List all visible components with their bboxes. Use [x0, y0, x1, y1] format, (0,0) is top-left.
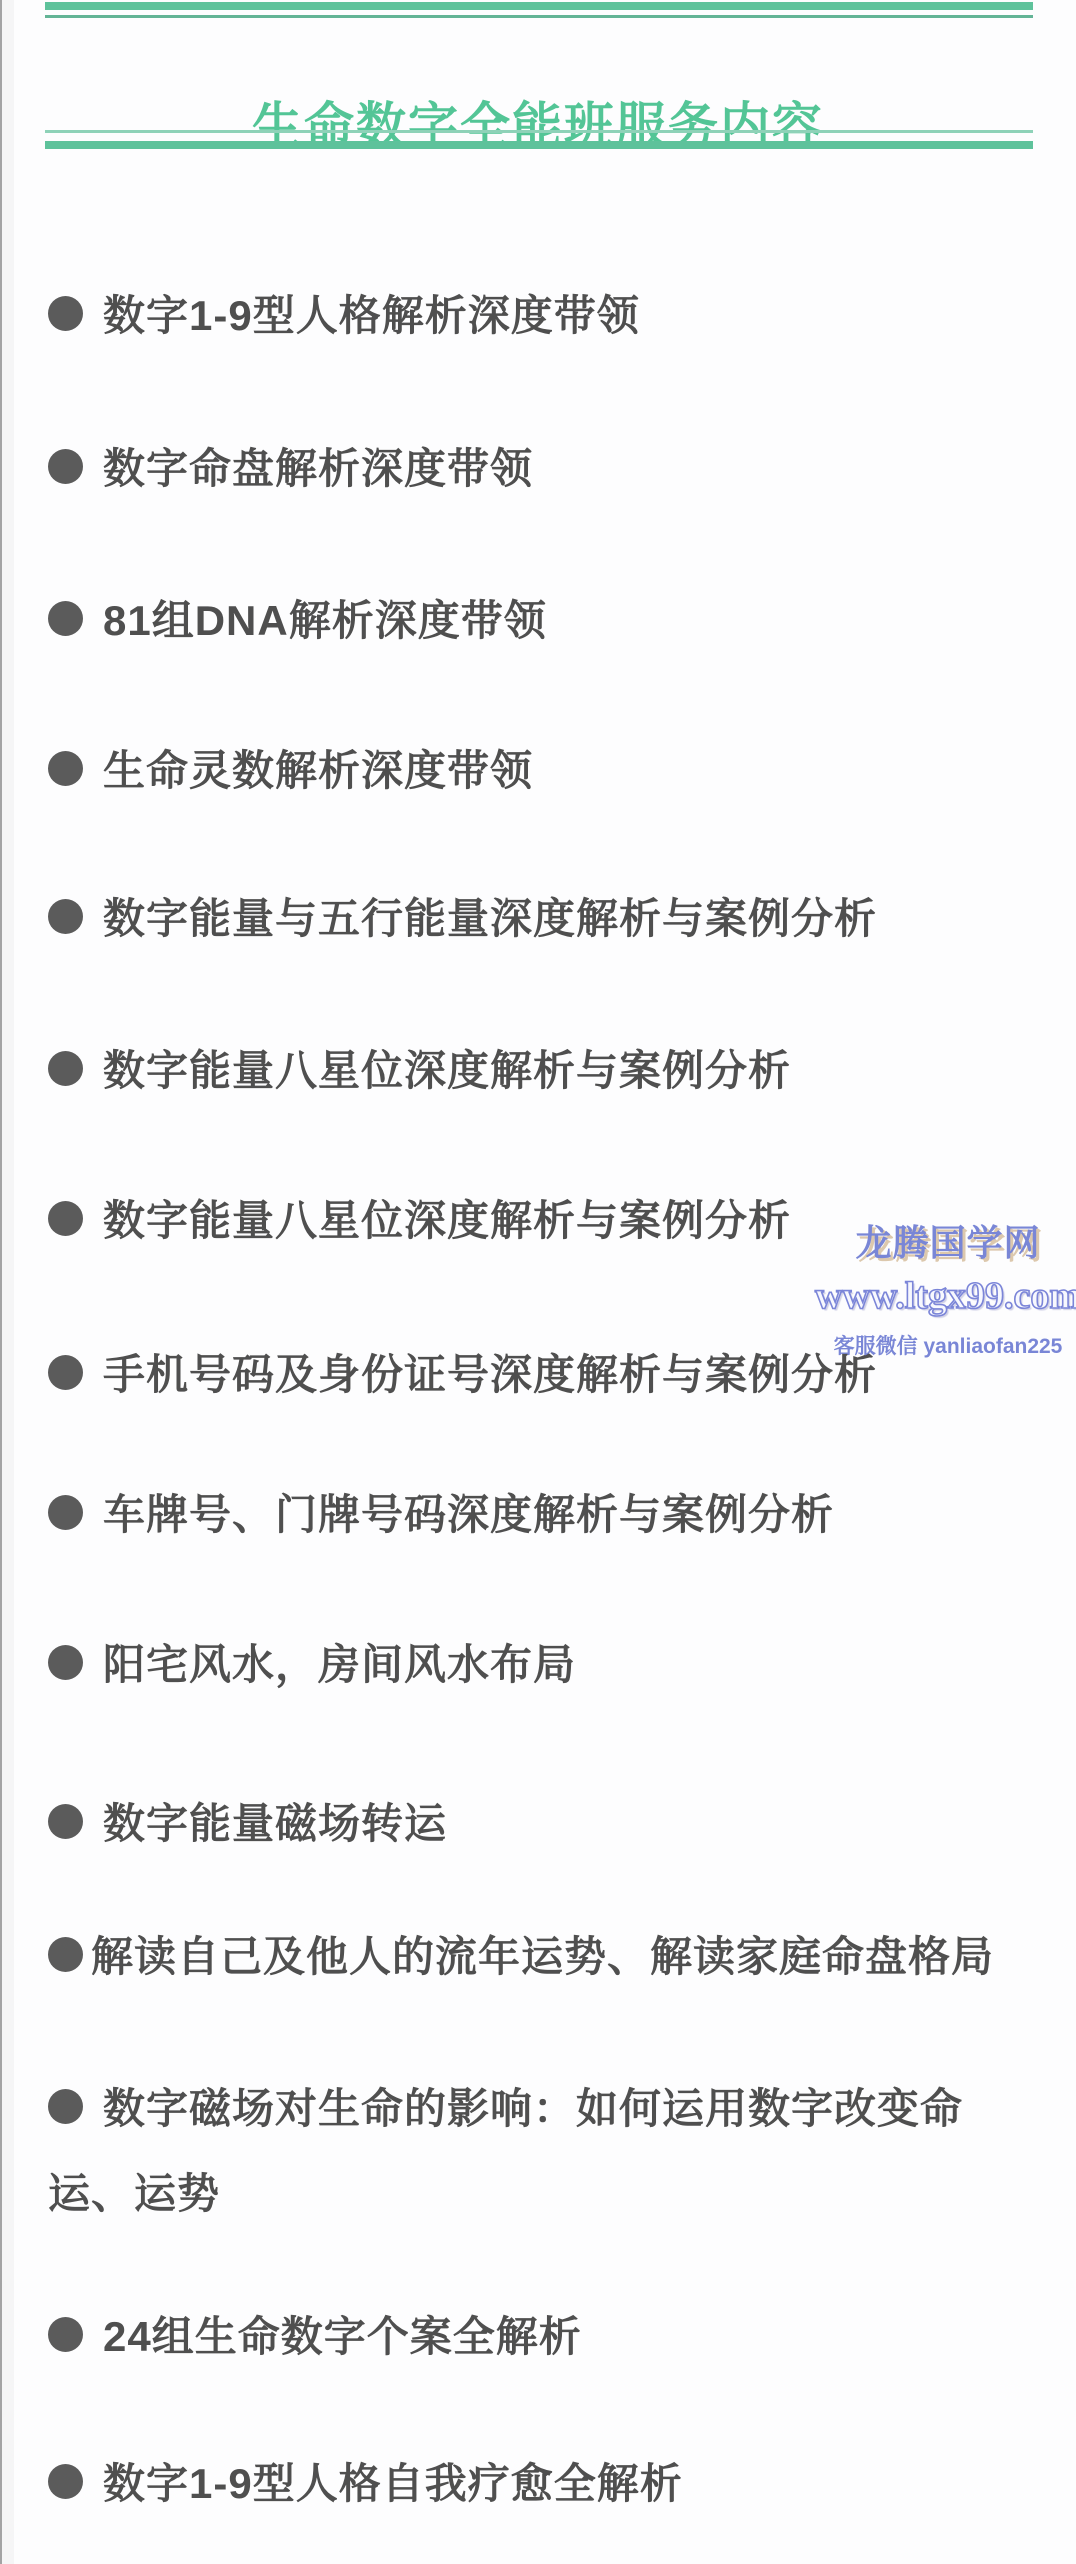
list-item-text: 81组DNA解析深度带领 — [103, 588, 547, 648]
list-item: 数字能量磁场转运 — [48, 1791, 1058, 1851]
watermark-url: www.ltgx99.com — [815, 1274, 1076, 1318]
bullet-icon — [48, 449, 83, 484]
header-rule-top-thin — [45, 15, 1033, 18]
list-item-text: 生命灵数解析深度带领 — [103, 738, 533, 798]
list-item: 手机号码及身份证号深度解析与案例分析 — [48, 1342, 1058, 1402]
list-item: 数字磁场对生命的影响：如何运用数字改变命 运、运势 — [48, 2076, 1058, 2221]
bullet-icon — [48, 2089, 83, 2124]
list-item-text: 数字1-9型人格解析深度带领 — [103, 283, 640, 343]
bullet-icon — [48, 1645, 83, 1680]
scan-edge-strip — [2, 0, 14, 2564]
list-item-text: 手机号码及身份证号深度解析与案例分析 — [103, 1342, 877, 1402]
bullet-icon — [48, 1495, 83, 1530]
list-item: 数字1-9型人格自我疗愈全解析 — [48, 2451, 1058, 2511]
list-item: 阳宅风水，房间风水布局 — [48, 1632, 1058, 1692]
list-item: 数字能量八星位深度解析与案例分析 — [48, 1038, 1058, 1098]
list-item: 数字能量与五行能量深度解析与案例分析 — [48, 886, 1058, 946]
list-item-text: 阳宅风水，房间风水布局 — [103, 1632, 576, 1692]
header-rule-top-thick — [45, 2, 1033, 10]
bullet-icon — [48, 1355, 83, 1390]
bullet-icon — [48, 1201, 83, 1236]
list-item-text: 数字1-9型人格自我疗愈全解析 — [103, 2451, 683, 2511]
list-item-text: 解读自己及他人的流年运势、解读家庭命盘格局 — [91, 1924, 994, 1984]
list-item-text: 数字磁场对生命的影响：如何运用数字改变命 — [103, 2076, 963, 2136]
list-item-text: 数字能量八星位深度解析与案例分析 — [103, 1038, 791, 1098]
bullet-icon — [48, 2464, 83, 2499]
bullet-icon — [48, 1051, 83, 1086]
bullet-icon — [48, 899, 83, 934]
bullet-icon — [48, 601, 83, 636]
list-item-text-continued: 运、运势 — [48, 2161, 1058, 2221]
bullet-icon — [48, 1804, 83, 1839]
header-rule-bottom-thick — [45, 141, 1033, 149]
list-item: 24组生命数字个案全解析 — [48, 2304, 1058, 2364]
list-item: 数字命盘解析深度带领 — [48, 436, 1058, 496]
header-rule-bottom-thin — [45, 130, 1033, 133]
list-item: 81组DNA解析深度带领 — [48, 588, 1058, 648]
list-item-text: 数字能量与五行能量深度解析与案例分析 — [103, 886, 877, 946]
bullet-icon — [48, 751, 83, 786]
bullet-icon — [48, 1937, 83, 1972]
list-item-text: 车牌号、门牌号码深度解析与案例分析 — [103, 1482, 834, 1542]
bullet-icon — [48, 2317, 83, 2352]
list-item: 数字1-9型人格解析深度带领 — [48, 283, 1058, 343]
list-item: 生命灵数解析深度带领 — [48, 738, 1058, 798]
list-item: 车牌号、门牌号码深度解析与案例分析 — [48, 1482, 1058, 1542]
list-item-text: 数字能量八星位深度解析与案例分析 — [103, 1188, 791, 1248]
bullet-icon — [48, 296, 83, 331]
list-item-text: 数字命盘解析深度带领 — [103, 436, 533, 496]
list-item: 解读自己及他人的流年运势、解读家庭命盘格局 — [48, 1924, 1058, 1984]
poster-page: 生命数字全能班服务内容 数字1-9型人格解析深度带领 数字命盘解析深度带领 81… — [0, 0, 1076, 2564]
list-item-text: 数字能量磁场转运 — [103, 1791, 447, 1851]
list-item: 数字能量八星位深度解析与案例分析 — [48, 1188, 1058, 1248]
list-item-text: 24组生命数字个案全解析 — [103, 2304, 582, 2364]
